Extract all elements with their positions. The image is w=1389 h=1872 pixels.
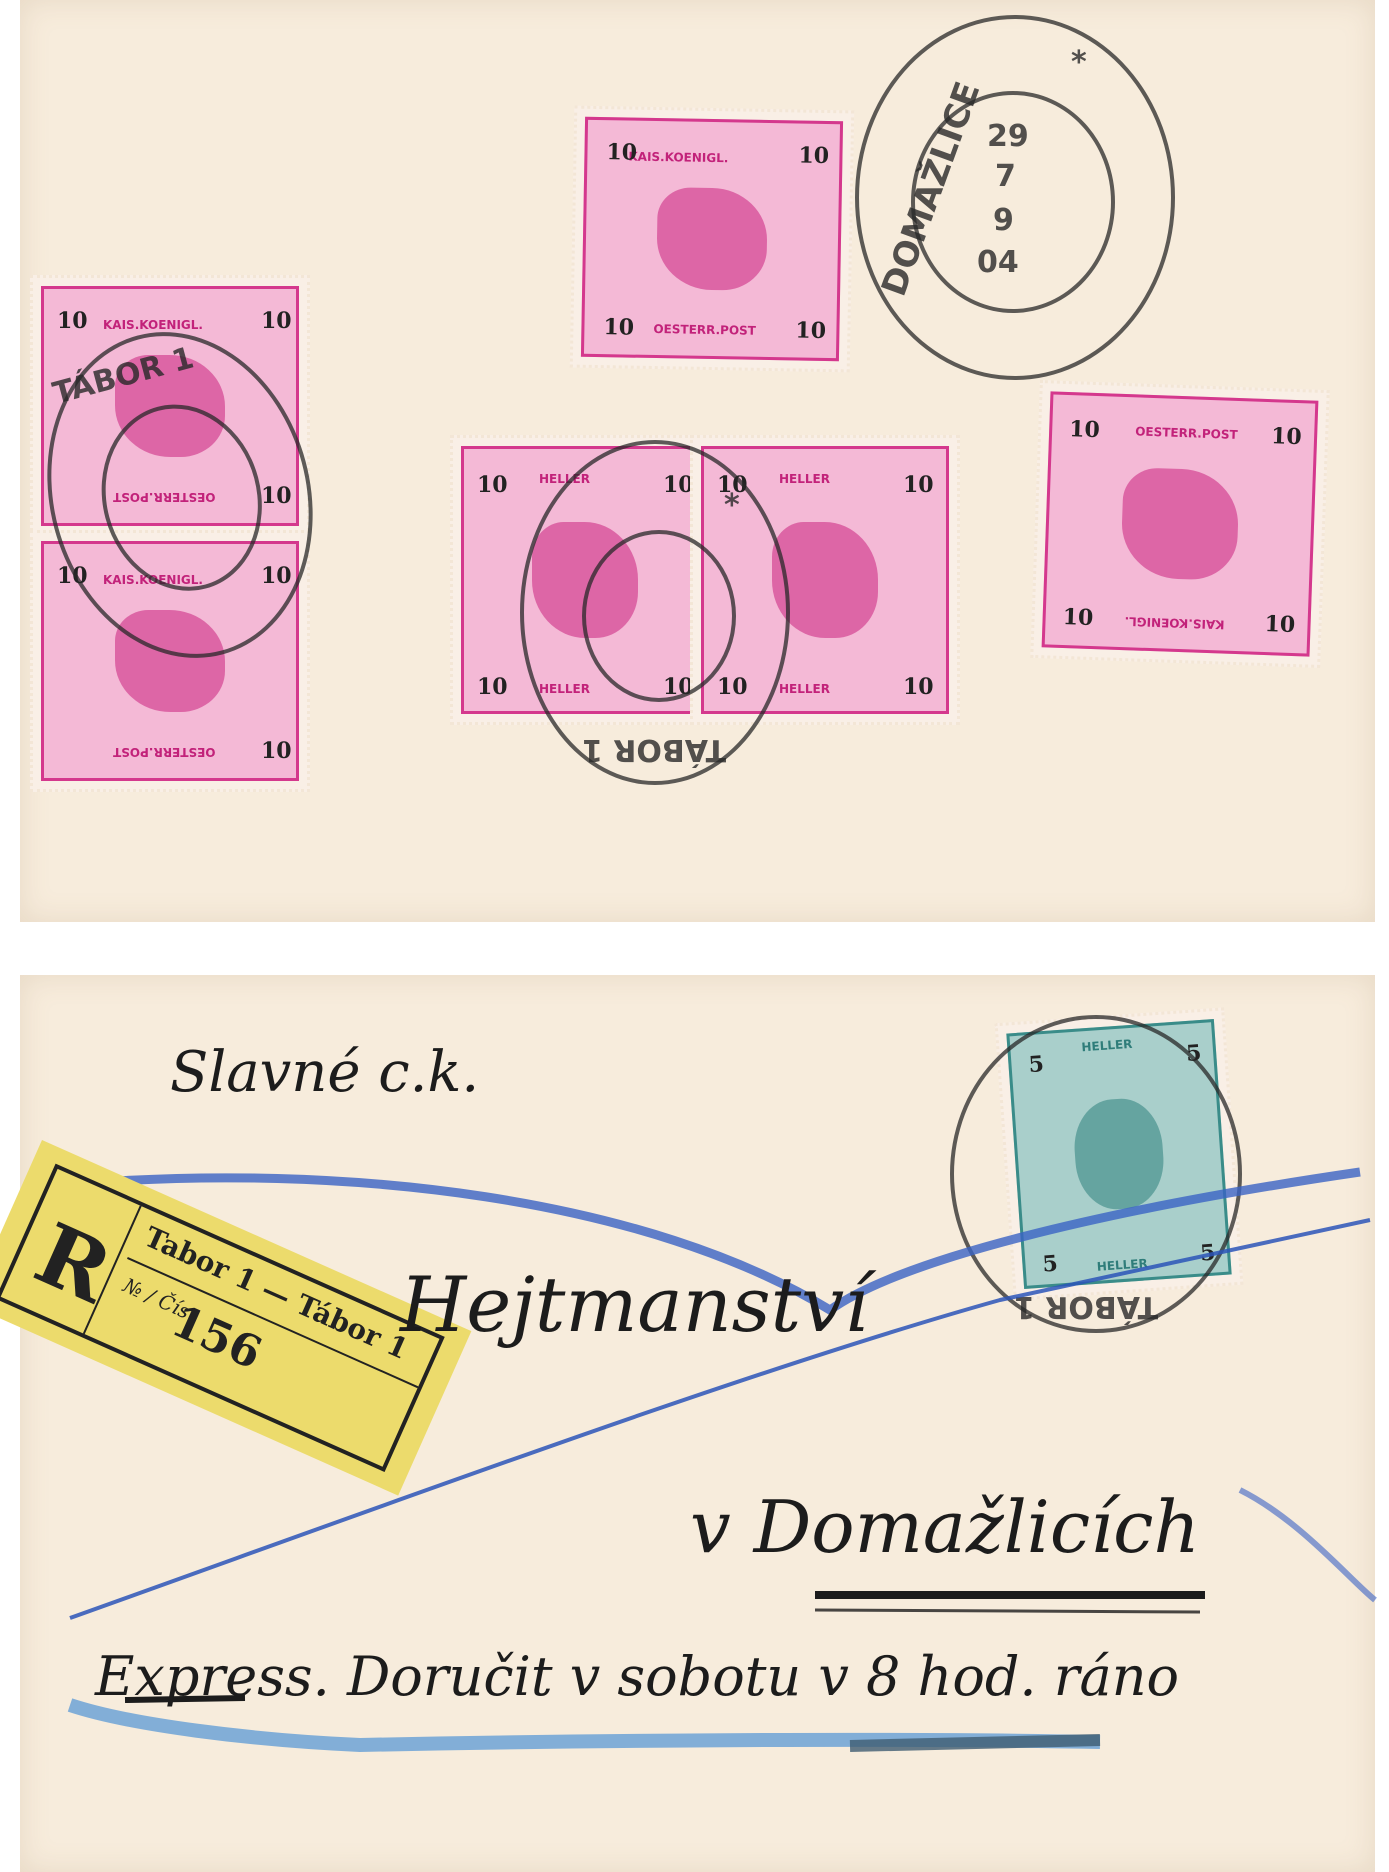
postmark-tabor-back-center: TÁBOR 1 * (520, 440, 790, 785)
postmark-domazlice: DOMAŽLICE 29 7 9 04 * (855, 15, 1175, 380)
stamp-10-heller-right: OESTERR.POST KAIS.KOENIGL. 10 10 10 10 (1030, 380, 1330, 668)
address-line-3: v Domažlicích (690, 1485, 1200, 1569)
stamp-10-heller-top: KAIS.KOENIGL. OESTERR.POST 10 10 10 10 (570, 106, 855, 373)
address-line-2: Hejtmanství (400, 1260, 868, 1349)
express-instruction: Express. Doručit v sobotu v 8 hod. ráno (95, 1645, 1179, 1708)
address-line-1: Slavné c.k. (170, 1040, 479, 1105)
postmark-tabor-front: TÁBOR 1 (950, 1015, 1242, 1333)
